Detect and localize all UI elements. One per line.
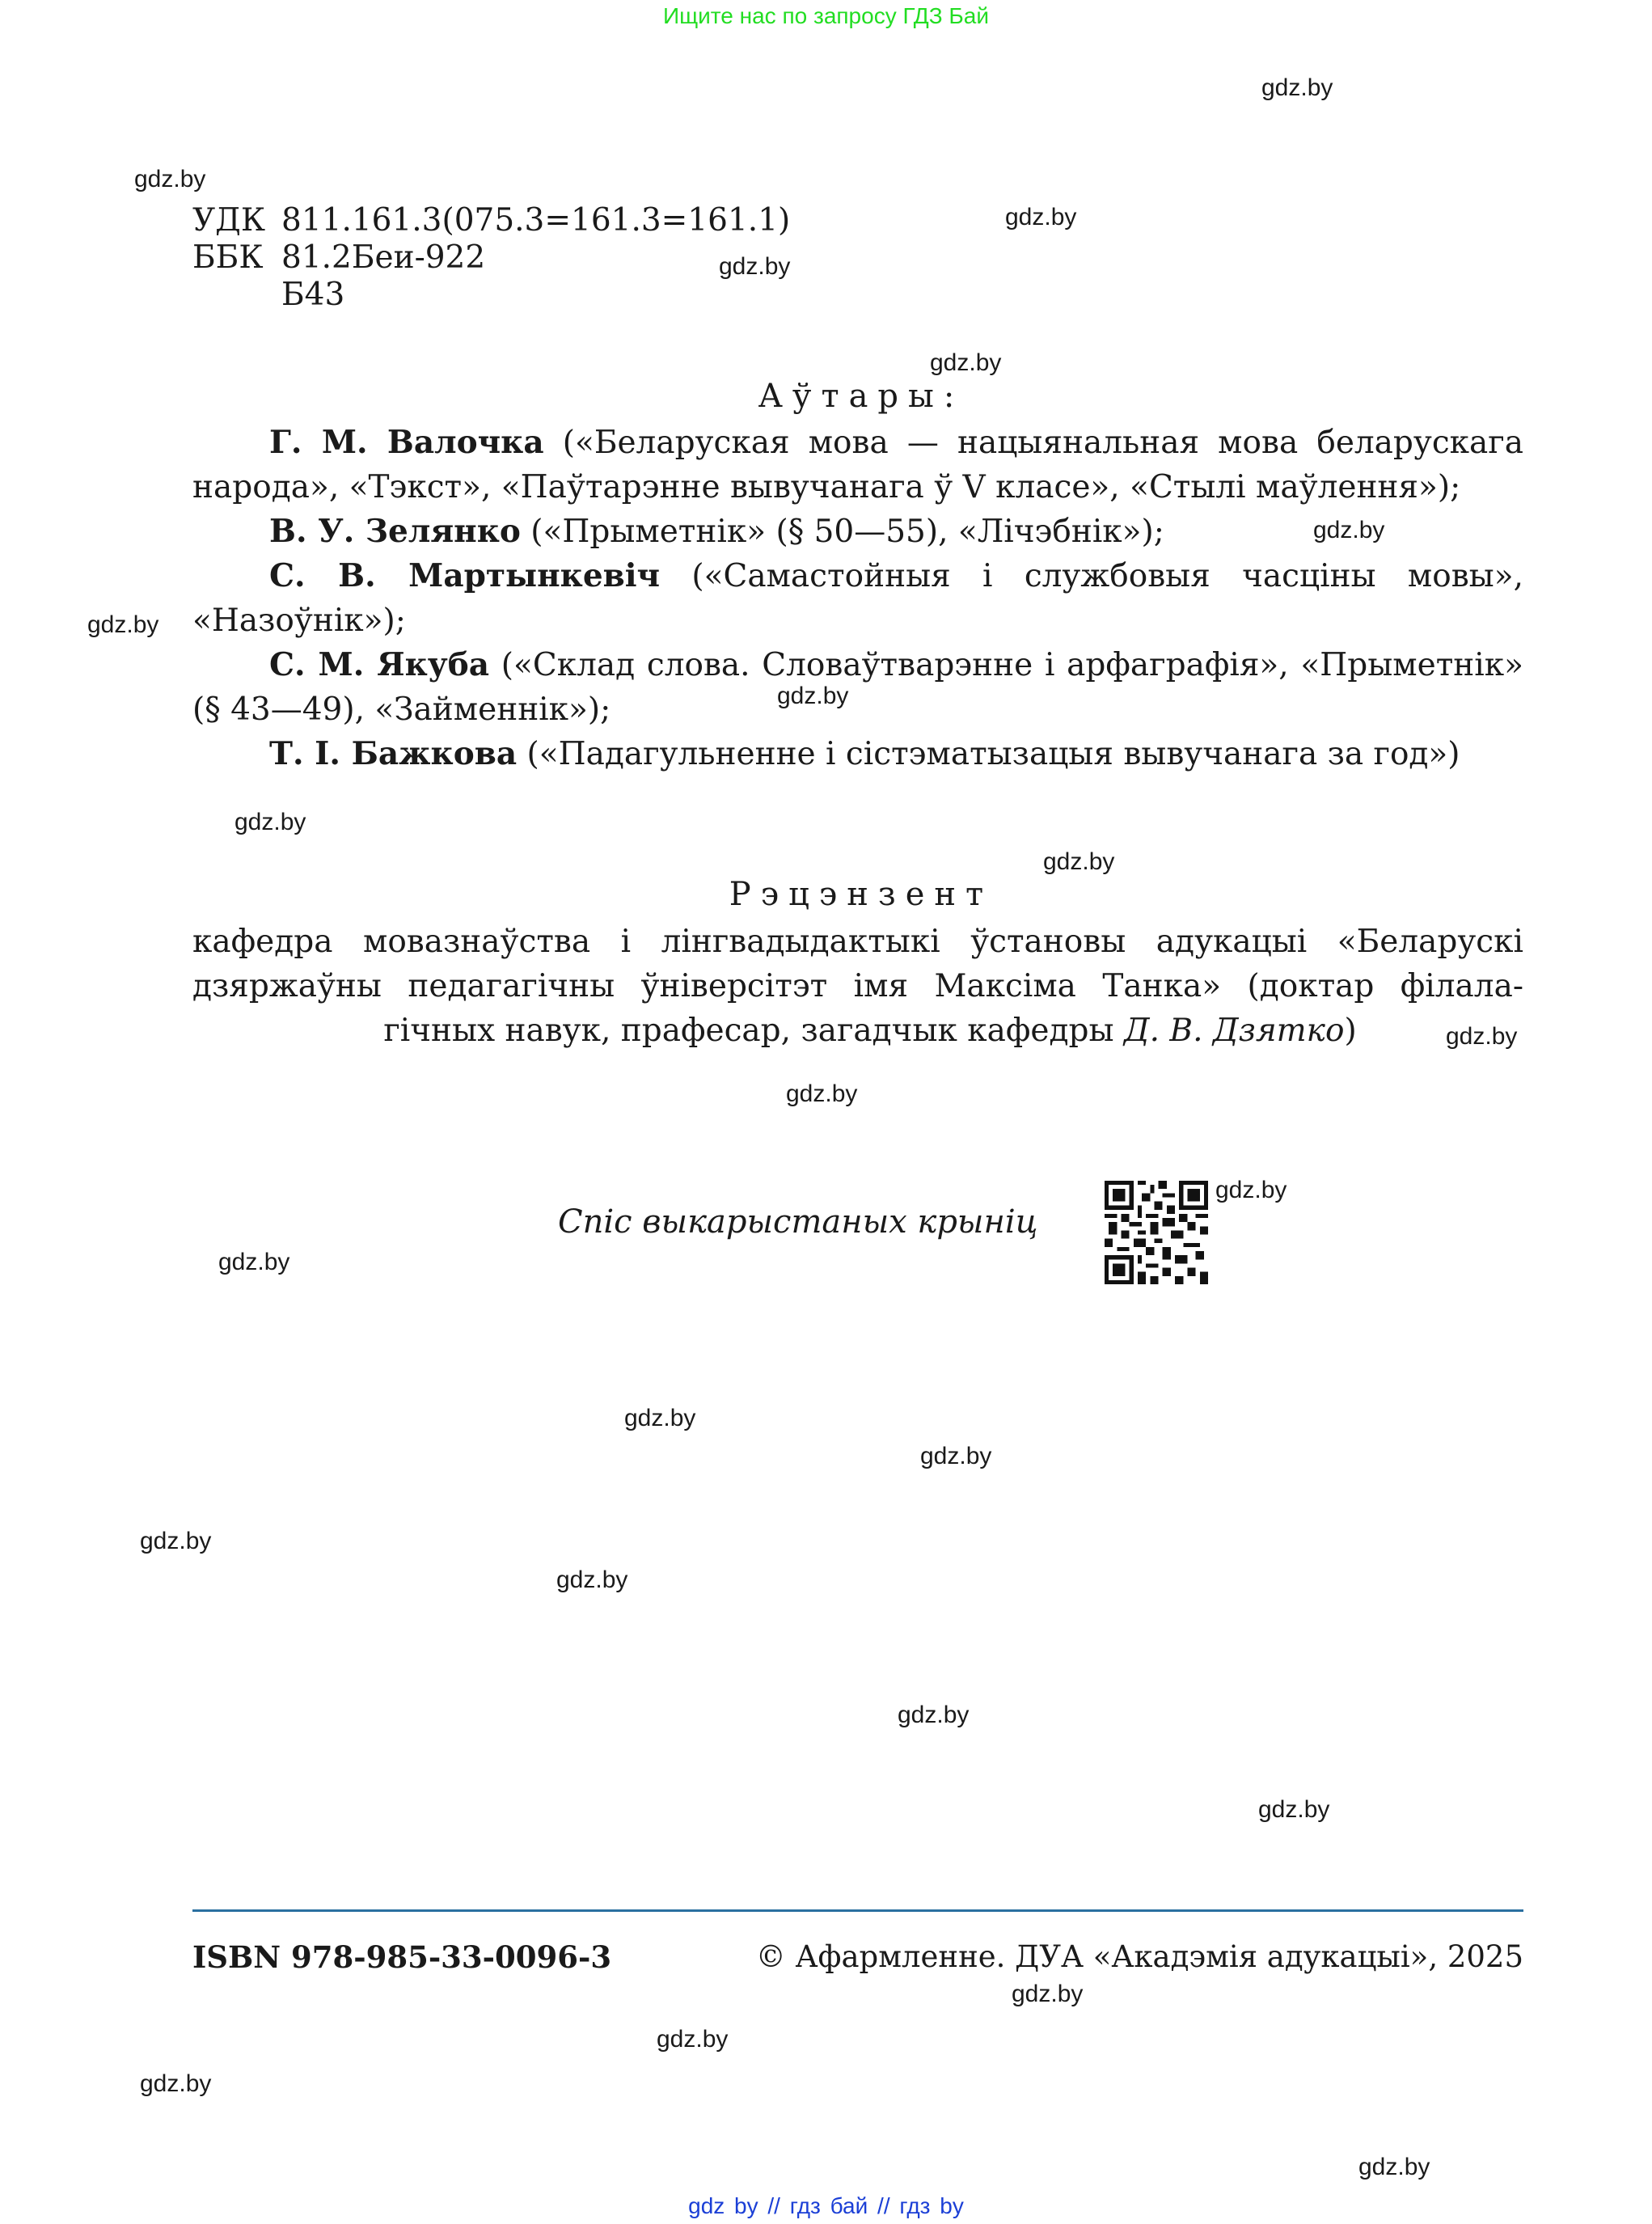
author-entry: Г. М. Валочка («Беларуская мова — нацыян… — [192, 421, 1523, 509]
watermark: gdz.by — [786, 1080, 857, 1108]
qr-code-icon[interactable] — [1105, 1181, 1208, 1284]
watermark: gdz.by — [624, 1405, 695, 1432]
author-name: Г. М. Валочка — [269, 424, 544, 461]
watermark: gdz.by — [556, 1567, 627, 1594]
author-name: С. В. Мартынкевіч — [269, 557, 660, 594]
reviewer-name: Д. В. Дзятко — [1124, 1013, 1345, 1049]
reviewer-title: Рэцэнзент — [0, 876, 1652, 913]
udk-label: УДК — [192, 202, 281, 239]
classification-codes: УДК811.161.3(075.3=161.3=161.1) ББК81.2Б… — [192, 202, 790, 314]
watermark: gdz.by — [140, 2070, 211, 2098]
watermark: gdz.by — [87, 611, 158, 639]
watermark: gdz.by — [1215, 1177, 1287, 1204]
watermark: gdz.by — [1012, 1981, 1083, 2008]
watermark: gdz.by — [140, 1528, 211, 1555]
author-name: Т. І. Бажкова — [269, 735, 517, 772]
watermark: gdz.by — [930, 349, 1001, 377]
authors-title: Аўтары: — [0, 378, 1652, 415]
author-name: В. У. Зелянко — [269, 513, 521, 550]
search-banner: Ищите нас по запросу ГДЗ Бай — [0, 3, 1652, 29]
author-entry: В. У. Зелянко («Прыметнік» (§ 50—55), «Л… — [192, 509, 1523, 554]
bottom-links[interactable]: gdz by // гдз бай // гдз by — [0, 2193, 1652, 2219]
author-entry: Т. І. Бажкова («Падагульненне і сістэмат… — [192, 732, 1523, 776]
udk-value: 811.161.3(075.3=161.3=161.1) — [281, 202, 790, 239]
watermark: gdz.by — [1358, 2154, 1430, 2181]
author-mark: Б43 — [281, 277, 344, 314]
bbk-label: ББК — [192, 239, 281, 277]
author-entry: С. В. Мартынкевіч («Самастойныя і службо… — [192, 554, 1523, 643]
watermark: gdz.by — [134, 166, 205, 193]
author-entry: С. М. Якуба («Склад слова. Словаўтварэнн… — [192, 643, 1523, 732]
watermark: gdz.by — [1043, 848, 1114, 876]
bbk-value: 81.2Беи-922 — [281, 239, 485, 277]
watermark: gdz.by — [898, 1702, 969, 1729]
sources-link[interactable]: Спіс выкарыстаных крыніц — [558, 1203, 1038, 1241]
watermark: gdz.by — [1261, 74, 1333, 102]
reviewer-text: кафедра мовазнаўства і лінгвадыдактыкі ў… — [192, 920, 1523, 1053]
watermark: gdz.by — [657, 2026, 728, 2053]
watermark: gdz.by — [1005, 204, 1076, 231]
authors-list: Г. М. Валочка («Беларуская мова — нацыян… — [192, 421, 1523, 776]
isbn: ISBN 978-985-33-0096-3 — [192, 1939, 611, 1975]
watermark: gdz.by — [920, 1443, 991, 1470]
watermark: gdz.by — [234, 809, 306, 836]
copyright: © Афармленне. ДУА «Акадэмія адукацыі», 2… — [756, 1939, 1523, 1974]
author-name: С. М. Якуба — [269, 646, 489, 683]
footer-rule — [192, 1909, 1523, 1912]
watermark: gdz.by — [1258, 1796, 1329, 1824]
watermark: gdz.by — [218, 1249, 289, 1276]
